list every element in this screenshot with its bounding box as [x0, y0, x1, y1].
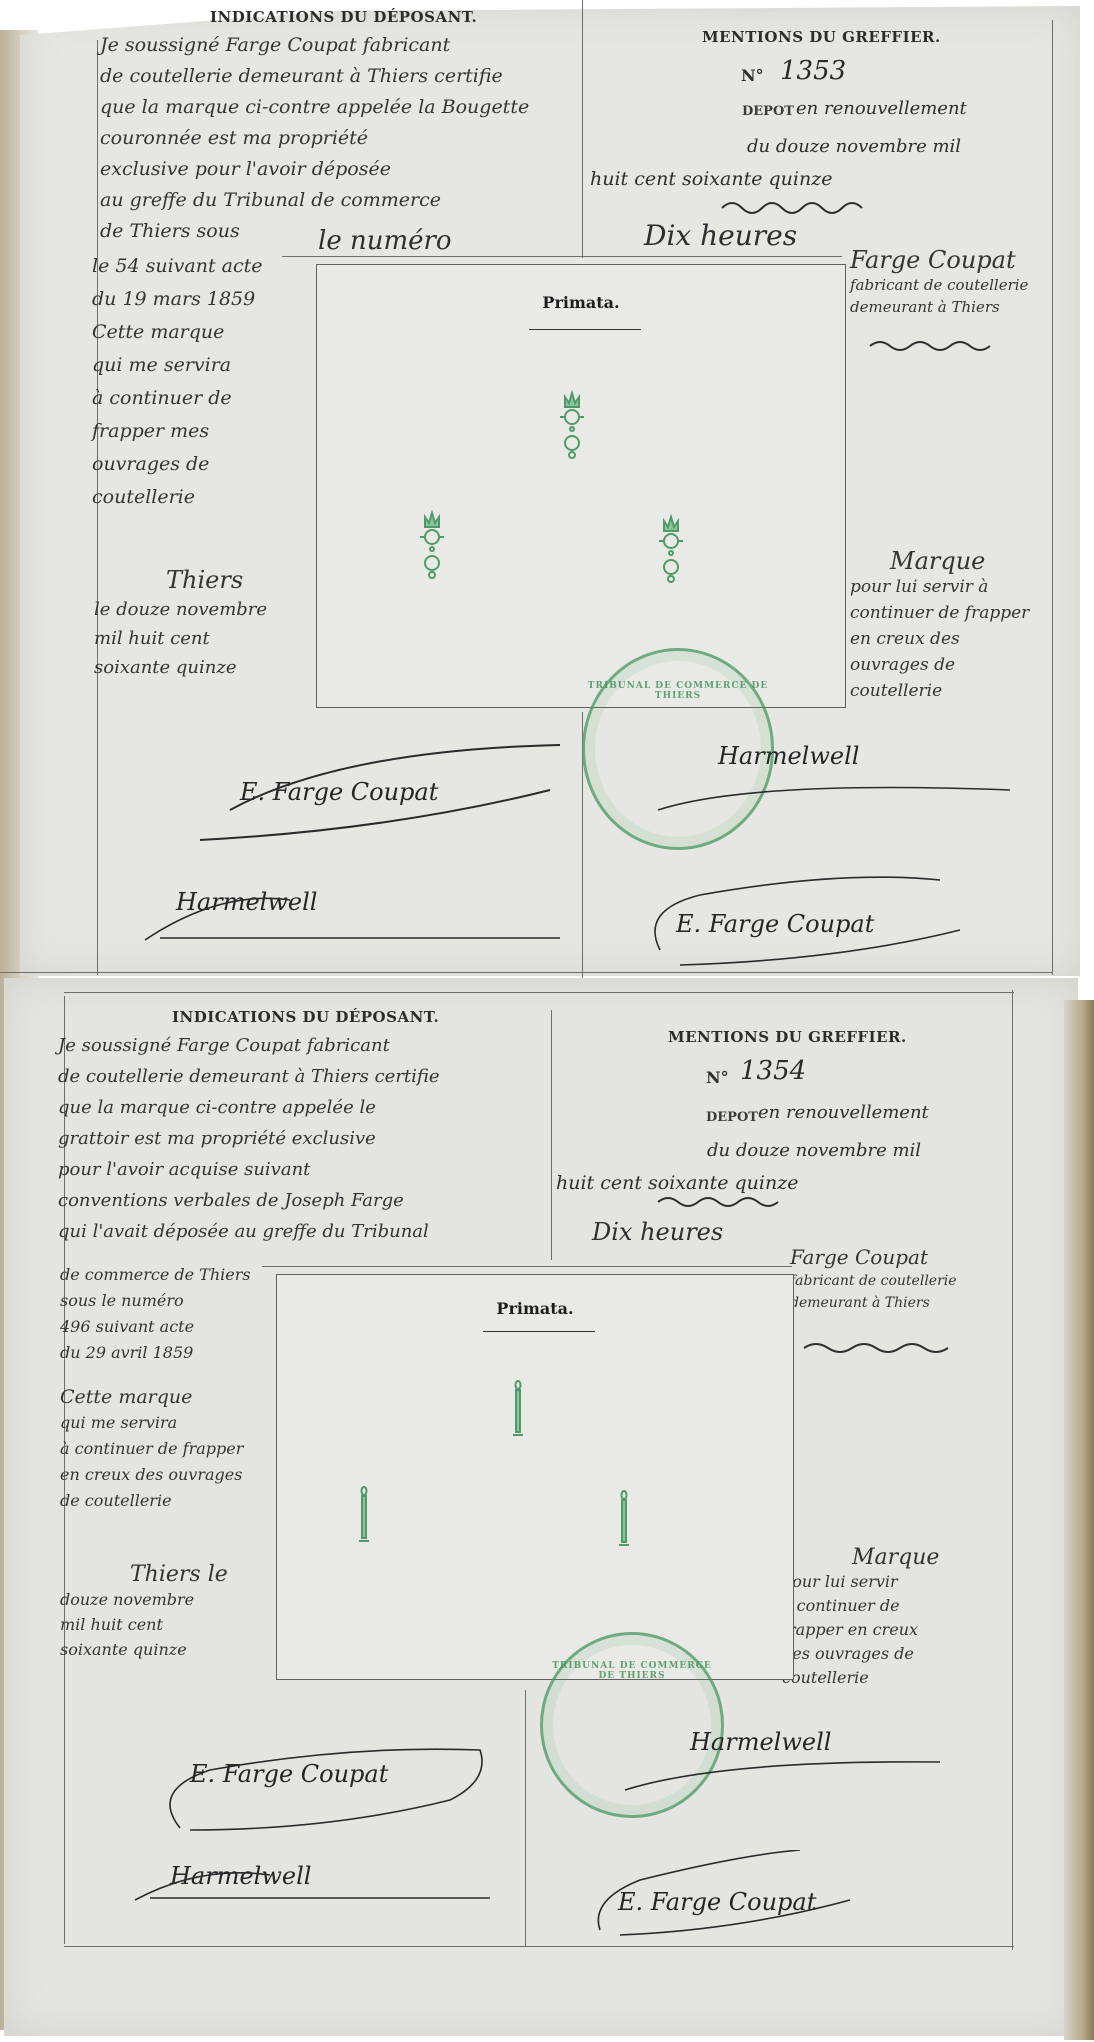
place-line: mil huit cent: [94, 624, 267, 653]
declaration-line: de coutellerie demeurant à Thiers certif…: [100, 61, 529, 92]
clerk-column-title: MENTIONS DU GREFFIER.: [702, 28, 941, 46]
bottom-border: [0, 972, 1052, 973]
place-line: Thiers le: [60, 1562, 228, 1587]
declaration-line: du 19 mars 1859: [92, 283, 262, 316]
candle-icon: [511, 1379, 525, 1439]
top-border: [64, 992, 1014, 993]
clerk-depositor-profession: fabricant de coutellerie: [790, 1270, 957, 1292]
clerk-date-line-2: huit cent soixante quinze: [590, 170, 832, 189]
clerk-date-line-1: du douze novembre mil: [707, 1142, 921, 1160]
purpose-line: des ouvrages de: [782, 1642, 939, 1666]
declaration-line: qui l'avait déposée au greffe du Tribuna…: [58, 1216, 440, 1247]
place-line: soixante quinze: [60, 1637, 228, 1662]
signature-flourish: [640, 870, 1000, 970]
depositor-declaration: Je soussigné Farge Coupat fabricant de c…: [100, 30, 529, 247]
registration-number: 1354: [740, 1056, 806, 1086]
declaration-line: Cette marque: [92, 316, 262, 349]
column-divider: [582, 0, 583, 258]
declaration-line: exclusive pour l'avoir déposée: [100, 154, 529, 185]
bottom-border: [64, 1946, 1014, 1947]
deposit-form-1353: INDICATIONS DU DÉPOSANT. MENTIONS DU GRE…: [0, 0, 1094, 980]
number-label: N°: [706, 1068, 729, 1087]
squiggle-flourish: [656, 1192, 786, 1210]
signature-flourish: [140, 880, 570, 950]
clerk-depositor-address: demeurant à Thiers: [790, 1292, 957, 1314]
declaration-line: Je soussigné Farge Coupat fabricant: [58, 1030, 440, 1061]
clerk-date-line-2: huit cent soixante quinze: [556, 1174, 798, 1193]
title-underline: [483, 1331, 595, 1332]
signature-flourish: [620, 1750, 950, 1800]
declaration-line: en creux des ouvrages: [60, 1462, 251, 1488]
purpose-line: coutellerie: [782, 1666, 939, 1690]
column-divider-lower: [525, 1690, 526, 1946]
clerk-depositor-name: Farge Coupat: [790, 1244, 957, 1270]
clerk-depositor-address: demeurant à Thiers: [850, 296, 1028, 318]
purpose-line: ouvrages de: [850, 652, 1029, 678]
declaration-line: grattoir est ma propriété exclusive: [58, 1123, 440, 1154]
signature-flourish: [130, 1860, 500, 1910]
purpose-line: en creux des: [850, 626, 1029, 652]
clerk-date-line-1: du douze novembre mil: [747, 138, 961, 156]
candle-icon: [617, 1489, 631, 1549]
declaration-line: de coutellerie demeurant à Thiers certif…: [58, 1061, 440, 1092]
clerk-purpose-block: Marque pour lui servir à continuer de fr…: [850, 548, 1029, 704]
right-border: [1052, 20, 1053, 975]
depositor-declaration-continued: le 54 suivant acte du 19 mars 1859 Cette…: [92, 250, 262, 514]
declaration-line: que la marque ci-contre appelée la Bouge…: [100, 92, 529, 123]
trademark-specimen-box: Primata.: [316, 264, 846, 708]
depositor-column-title: INDICATIONS DU DÉPOSANT.: [210, 8, 477, 26]
clerk-column-title: MENTIONS DU GREFFIER.: [668, 1028, 907, 1046]
purpose-line: Marque: [850, 548, 1029, 574]
declaration-line: couronnée est ma propriété: [100, 123, 529, 154]
primata-title: Primata.: [277, 1299, 793, 1318]
depositor-place-date: Thiers le douze novembre mil huit cent s…: [94, 566, 267, 682]
clerk-depositor-profession: fabricant de coutellerie: [850, 274, 1028, 296]
declaration-line: sous le numéro: [60, 1288, 251, 1314]
crowned-bougette-icon: [656, 509, 686, 589]
declaration-line: qui me servira: [60, 1410, 251, 1436]
squiggle-flourish: [868, 336, 1008, 352]
declaration-line: que la marque ci-contre appelée le: [58, 1092, 440, 1123]
stamp-legend: TRIBUNAL DE COMMERCE DE THIERS: [543, 1661, 721, 1681]
depot-label: DEPOT: [742, 104, 794, 119]
number-label: N°: [741, 66, 764, 85]
declaration-line: au greffe du Tribunal de commerce: [100, 185, 529, 216]
declaration-line: Cette marque: [60, 1384, 251, 1410]
purpose-line: à continuer de: [782, 1594, 939, 1618]
stamp-legend: TRIBUNAL DE COMMERCE DE THIERS: [585, 681, 771, 701]
clerk-purpose-block: Marque pour lui servir à continuer de fr…: [782, 1546, 939, 1690]
depot-label: DEPOT: [706, 1110, 758, 1125]
signature-flourish: [190, 740, 570, 850]
clerk-depositor-block: Farge Coupat fabricant de coutellerie de…: [850, 246, 1028, 318]
crowned-bougette-icon: [557, 385, 587, 465]
place-line: Thiers: [94, 566, 267, 595]
declaration-line: qui me servira: [92, 349, 262, 382]
deposit-form-1354: INDICATIONS DU DÉPOSANT. MENTIONS DU GRE…: [0, 980, 1094, 2042]
declaration-line: à continuer de: [92, 382, 262, 415]
mark-area-rule: [262, 1266, 792, 1267]
candle-icon: [357, 1485, 371, 1545]
crowned-bougette-icon: [417, 505, 447, 585]
purpose-line: Marque: [782, 1546, 939, 1570]
signature-flourish: [150, 1740, 510, 1840]
declaration-line: le 54 suivant acte: [92, 250, 262, 283]
declaration-line: coutellerie: [92, 481, 262, 514]
purpose-line: pour lui servir à: [850, 574, 1029, 600]
depositor-declaration-continued: de commerce de Thiers sous le numéro 496…: [60, 1262, 251, 1514]
clerk-depositor-block: Farge Coupat fabricant de coutellerie de…: [790, 1244, 957, 1314]
purpose-line: frapper en creux: [782, 1618, 939, 1642]
signature-flourish: [590, 1850, 890, 1940]
registration-number: 1353: [780, 56, 846, 86]
column-divider: [551, 1010, 552, 1260]
primata-title: Primata.: [317, 293, 845, 312]
depositor-column-title: INDICATIONS DU DÉPOSANT.: [172, 1008, 439, 1026]
declaration-line: 496 suivant acte: [60, 1314, 251, 1340]
place-line: douze novembre: [60, 1587, 228, 1612]
purpose-line: continuer de frapper: [850, 600, 1029, 626]
depositor-place-date: Thiers le douze novembre mil huit cent s…: [60, 1562, 228, 1662]
depositor-declaration: Je soussigné Farge Coupat fabricant de c…: [58, 1030, 440, 1247]
declaration-line: de coutellerie: [60, 1488, 251, 1514]
title-underline: [529, 329, 641, 330]
declaration-line: frapper mes: [92, 415, 262, 448]
clerk-renewal-text: en renouvellement: [758, 1104, 929, 1122]
clerk-depositor-name: Farge Coupat: [850, 246, 1028, 274]
declaration-line: ouvrages de: [92, 448, 262, 481]
declaration-line: à continuer de frapper: [60, 1436, 251, 1462]
place-line: mil huit cent: [60, 1612, 228, 1637]
clerk-renewal-text: en renouvellement: [796, 100, 967, 118]
declaration-line: Je soussigné Farge Coupat fabricant: [100, 30, 529, 61]
numero-phrase: le numéro: [318, 228, 452, 254]
clerk-time: Dix heures: [644, 222, 797, 250]
trademark-specimen-box: Primata.: [276, 1274, 794, 1680]
right-border: [1012, 990, 1013, 1950]
signature-flourish: [650, 760, 1020, 820]
declaration-line: de commerce de Thiers: [60, 1262, 251, 1288]
mark-area-rule: [282, 256, 842, 257]
place-line: le douze novembre: [94, 595, 267, 624]
purpose-line: coutellerie: [850, 678, 1029, 704]
declaration-line: du 29 avril 1859: [60, 1340, 251, 1366]
declaration-line: de Thiers sous: [100, 216, 529, 247]
squiggle-flourish: [720, 196, 870, 216]
declaration-line: pour l'avoir acquise suivant: [58, 1154, 440, 1185]
squiggle-flourish: [802, 1338, 962, 1354]
purpose-line: pour lui servir: [782, 1570, 939, 1594]
place-line: soixante quinze: [94, 653, 267, 682]
clerk-time: Dix heures: [592, 1220, 723, 1244]
declaration-line: conventions verbales de Joseph Farge: [58, 1185, 440, 1216]
